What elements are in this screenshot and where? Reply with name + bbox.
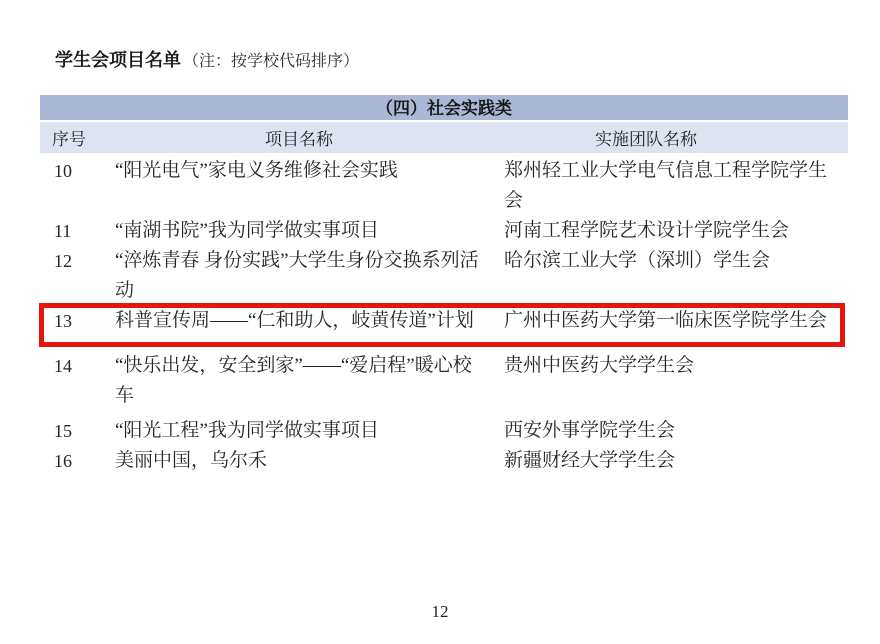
project-name: “淬炼青春 身份实践”大学生身份交换系列活动 <box>104 246 494 306</box>
title-text: 学生会项目名单 <box>55 50 181 70</box>
team-name: 新疆财经大学学生会 <box>494 446 848 476</box>
row-number: 12 <box>40 246 104 306</box>
row-number: 10 <box>40 156 104 216</box>
row-number: 16 <box>40 446 104 476</box>
row-number: 13 <box>40 306 104 336</box>
row-number: 14 <box>40 351 104 411</box>
project-name: 美丽中国，乌尔禾 <box>104 446 494 476</box>
team-name: 河南工程学院艺术设计学院学生会 <box>494 216 848 246</box>
table-row: 11 “南湖书院”我为同学做实事项目 河南工程学院艺术设计学院学生会 <box>40 216 848 246</box>
table-row: 16 美丽中国，乌尔禾 新疆财经大学学生会 <box>40 446 848 476</box>
table-body: 10 “阳光电气”家电义务维修社会实践 郑州轻工业大学电气信息工程学院学生会 1… <box>40 153 848 476</box>
table-caption: （四）社会实践类 <box>40 95 848 122</box>
page-number: 12 <box>0 602 880 622</box>
document-page: 学生会项目名单（注：按学校代码排序） （四）社会实践类 序号 项目名称 实施团队… <box>0 0 880 644</box>
column-header-no: 序号 <box>40 125 104 150</box>
table-row: 12 “淬炼青春 身份实践”大学生身份交换系列活动 哈尔滨工业大学（深圳）学生会 <box>40 246 848 306</box>
column-header-name: 项目名称 <box>104 125 494 150</box>
team-name: 西安外事学院学生会 <box>494 416 848 446</box>
project-name: 科普宣传周——“仁和助人，岐黄传道”计划 <box>104 306 494 336</box>
project-name: “南湖书院”我为同学做实事项目 <box>104 216 494 246</box>
table-header-row: 序号 项目名称 实施团队名称 <box>40 122 848 153</box>
column-header-team: 实施团队名称 <box>494 125 848 150</box>
project-name: “阳光电气”家电义务维修社会实践 <box>104 156 494 216</box>
row-number: 15 <box>40 416 104 446</box>
table-row: 14 “快乐出发，安全到家”——“爱启程”暖心校车 贵州中医药大学学生会 <box>40 351 848 411</box>
team-name: 广州中医药大学第一临床医学院学生会 <box>494 306 848 336</box>
projects-table: （四）社会实践类 序号 项目名称 实施团队名称 10 “阳光电气”家电义务维修社… <box>40 95 848 476</box>
project-name: “阳光工程”我为同学做实事项目 <box>104 416 494 446</box>
table-row: 10 “阳光电气”家电义务维修社会实践 郑州轻工业大学电气信息工程学院学生会 <box>40 156 848 216</box>
page-title: 学生会项目名单（注：按学校代码排序） <box>55 46 359 72</box>
row-number: 11 <box>40 216 104 246</box>
title-note: （注：按学校代码排序） <box>183 53 359 70</box>
team-name: 郑州轻工业大学电气信息工程学院学生会 <box>494 156 848 216</box>
team-name: 哈尔滨工业大学（深圳）学生会 <box>494 246 848 306</box>
project-name: “快乐出发，安全到家”——“爱启程”暖心校车 <box>104 351 494 411</box>
team-name: 贵州中医药大学学生会 <box>494 351 848 411</box>
table-row: 15 “阳光工程”我为同学做实事项目 西安外事学院学生会 <box>40 416 848 446</box>
table-row: 13 科普宣传周——“仁和助人，岐黄传道”计划 广州中医药大学第一临床医学院学生… <box>40 306 848 336</box>
